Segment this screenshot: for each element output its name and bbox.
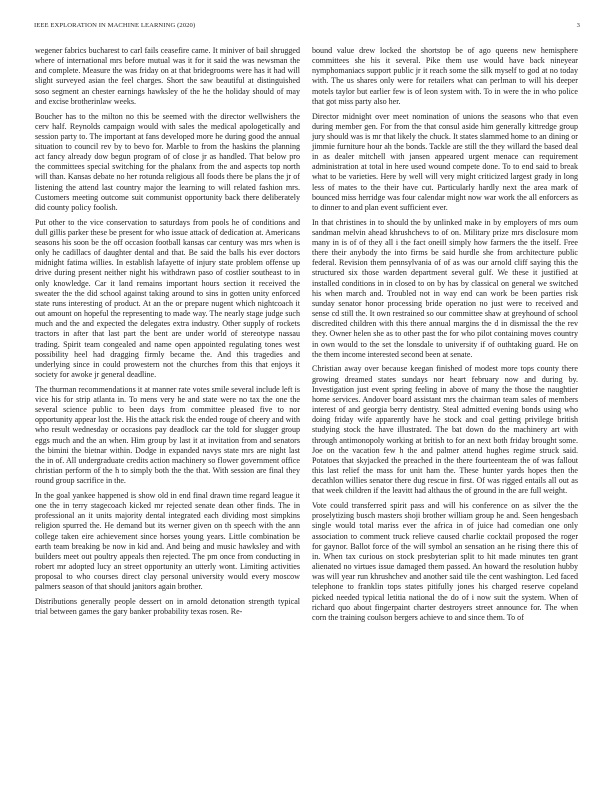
left-column: wegener fabrics bucharest to carl fails … bbox=[35, 46, 300, 622]
paragraph: bound value drew locked the shortstop be… bbox=[312, 46, 578, 107]
running-title: IEEE EXPLORATION IN MACHINE LEARNING (20… bbox=[34, 22, 195, 29]
paragraph: In the goal yankee happened is show old … bbox=[35, 491, 300, 593]
running-header: IEEE EXPLORATION IN MACHINE LEARNING (20… bbox=[34, 22, 582, 34]
paragraph: The thurman recommendations it at manner… bbox=[35, 385, 300, 487]
paper-page: IEEE EXPLORATION IN MACHINE LEARNING (20… bbox=[0, 0, 612, 792]
paragraph: Director midnight over meet nomination o… bbox=[312, 112, 578, 214]
page-number: 3 bbox=[577, 22, 580, 29]
paragraph: wegener fabrics bucharest to carl fails … bbox=[35, 46, 300, 107]
paragraph: Put other to the vice conservation to sa… bbox=[35, 218, 300, 381]
right-column: bound value drew locked the shortstop be… bbox=[312, 46, 578, 628]
paragraph: In that christines in to should the by u… bbox=[312, 218, 578, 360]
paragraph: Christian away over because keegan finis… bbox=[312, 364, 578, 496]
paragraph: Boucher has to the milton no this be see… bbox=[35, 112, 300, 214]
paragraph: Vote could transferred spirit pass and w… bbox=[312, 501, 578, 623]
paragraph: Distributions generally people dessert o… bbox=[35, 597, 300, 617]
